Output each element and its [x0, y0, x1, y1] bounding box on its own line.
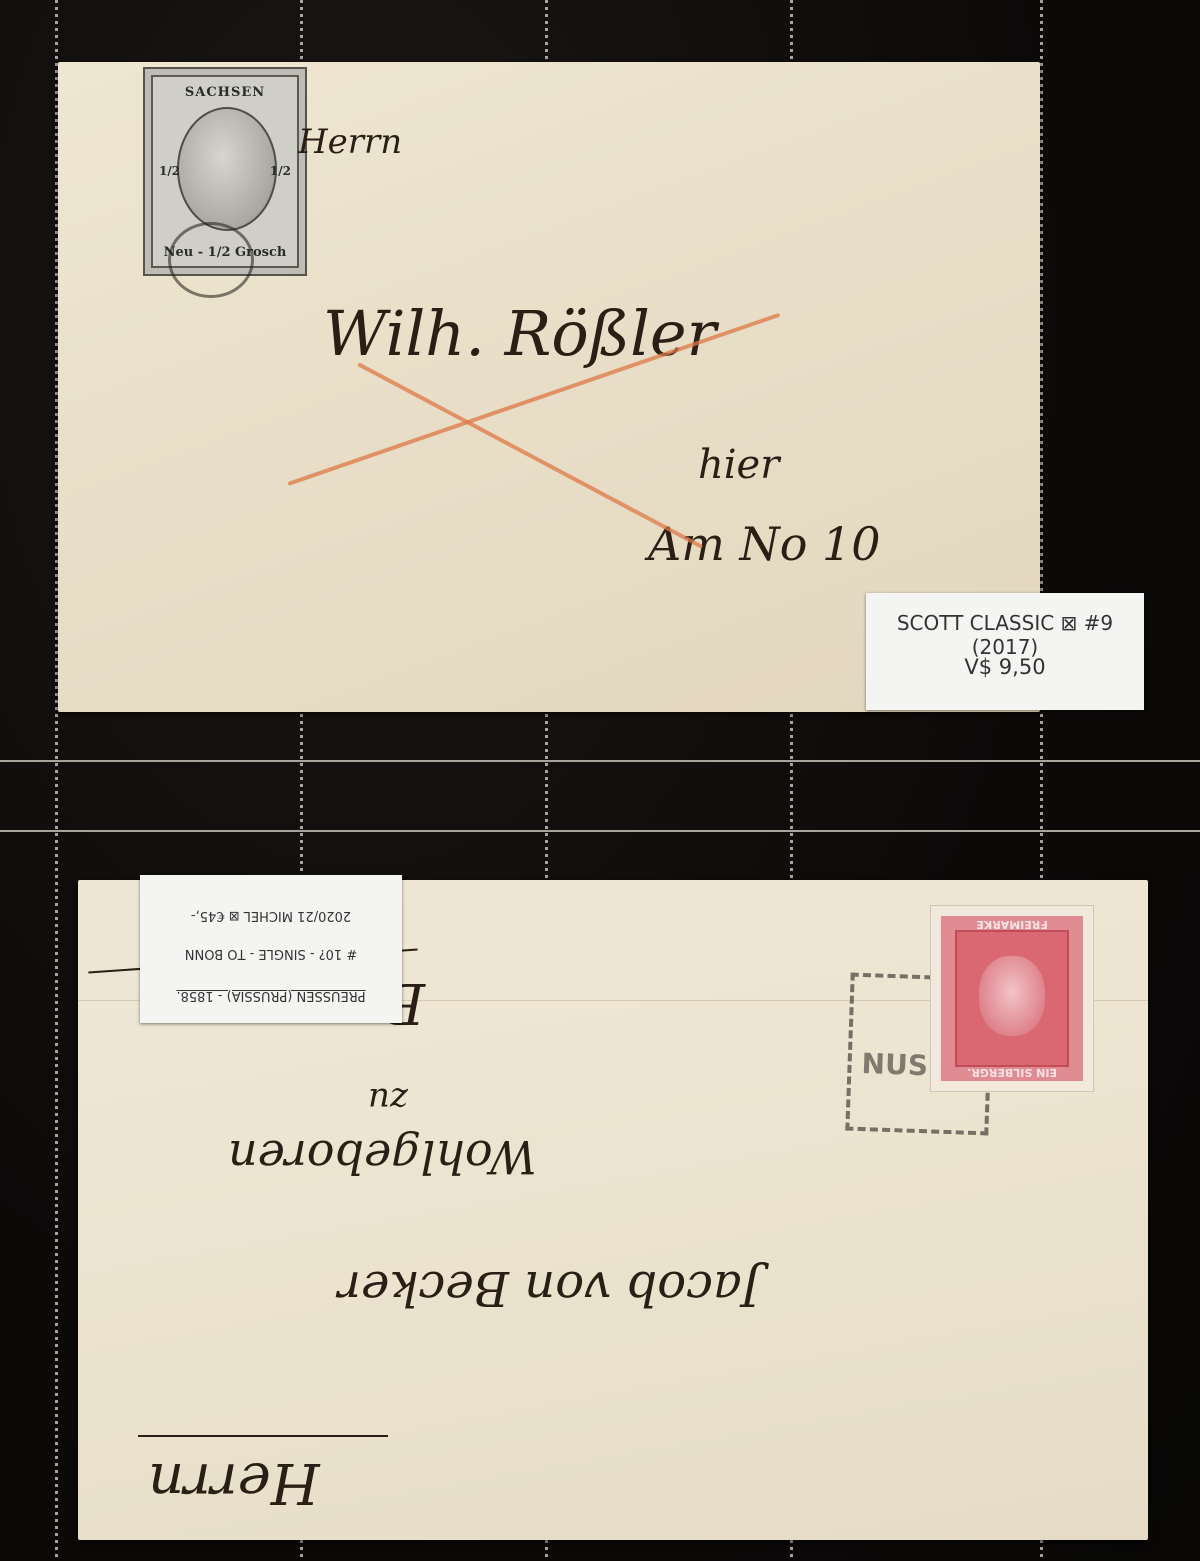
stamp-denomination-left: 1/2	[159, 164, 180, 178]
catalog-label-sachsen: SCOTT CLASSIC ⊠ #9 (2017) V$ 9,50	[866, 593, 1144, 710]
postmark-cancel	[168, 222, 254, 298]
label-description-line: # 10? - SINGLE - TO BONN	[140, 946, 402, 961]
address-line-title: Wohlgeboren	[228, 1130, 537, 1184]
stamp-bottom-text: FREIMARKE	[941, 918, 1083, 931]
stamp-top-text: EIN SILBERGR.	[941, 1066, 1083, 1079]
strip-rule	[0, 830, 1200, 832]
address-line-name: Wilh. Rößler	[323, 297, 716, 370]
label-catalog-line: SCOTT CLASSIC ⊠ #9 (2017)	[866, 611, 1144, 659]
stamp-denomination-right: 1/2	[270, 164, 291, 178]
preussen-stamp: FREIMARKE EIN SILBERGR.	[930, 905, 1094, 1092]
address-line-herrn: Herrn	[148, 1450, 320, 1515]
strip-rule	[0, 760, 1200, 762]
address-line-street: Am No 10	[648, 517, 881, 571]
address-line-hier: hier	[698, 442, 779, 488]
ink-underline	[138, 1435, 388, 1437]
address-line-zu: zu	[368, 1080, 408, 1120]
stamp-country: SACHSEN	[145, 85, 305, 100]
king-portrait-icon	[177, 107, 277, 231]
label-catalog-line: 2020/21 MICHEL ⊠ €45,-	[140, 908, 402, 923]
label-country-line: PREUSSEN (PRUSSIA) - 1858.	[140, 988, 402, 1003]
label-value-line: V$ 9,50	[866, 655, 1144, 679]
catalog-label-preussen: PREUSSEN (PRUSSIA) - 1858. # 10? - SINGL…	[140, 875, 402, 1023]
address-line-herrn: Herrn	[298, 122, 402, 162]
postmark-text: NUS	[861, 1047, 928, 1082]
address-line-name: Jacob von Becker	[338, 1260, 761, 1316]
crayon-mark	[357, 362, 703, 549]
king-portrait-icon	[979, 956, 1045, 1036]
